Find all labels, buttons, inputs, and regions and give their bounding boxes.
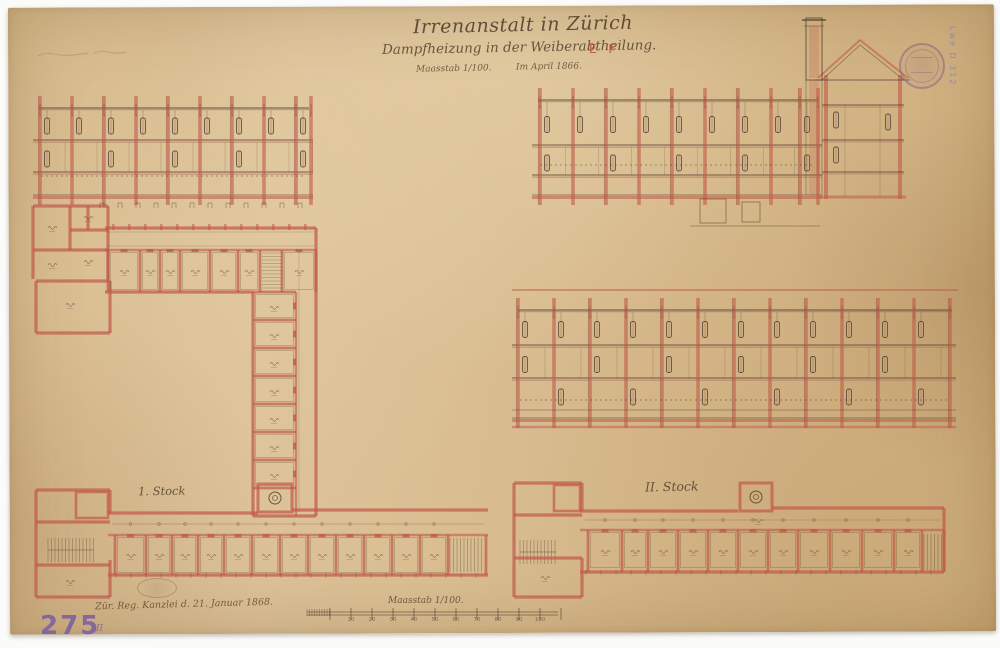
scale-note: Maasstab 1/100. xyxy=(416,63,492,74)
archive-number: 275 xyxy=(40,611,100,641)
scale-tick-label: 20 xyxy=(369,617,376,623)
scanned-plan-sheet: Irrenanstalt in Zürich Dampfheizung in d… xyxy=(0,0,1000,648)
scale-tick-label: 10 xyxy=(348,617,355,623)
embossed-seal xyxy=(137,578,177,598)
scale-bar-label: Maasstab 1/100. xyxy=(388,596,464,606)
scale-tick-label: 80 xyxy=(495,617,502,623)
scale-bar-tick-labels: 102030405060708090100 xyxy=(305,617,565,627)
scale-tick-label: 70 xyxy=(474,617,481,623)
paper-background xyxy=(8,4,996,634)
scale-tick-label: 100 xyxy=(535,617,546,623)
floor-label-first: 1. Stock xyxy=(138,484,186,499)
scale-tick-label: 50 xyxy=(432,617,439,623)
vertical-shelfmark-stamp: Lwe D 312 xyxy=(948,26,957,104)
red-index-mark: E F xyxy=(589,42,619,56)
archive-number-suffix: II xyxy=(96,624,103,634)
scale-tick-label: 60 xyxy=(453,617,460,623)
scale-tick-label: 30 xyxy=(390,617,397,623)
floor-label-second: II. Stock xyxy=(645,479,699,495)
scale-tick-label: 90 xyxy=(516,617,523,623)
round-archive-stamp-icon xyxy=(899,43,945,89)
date-note: Im April 1866. xyxy=(516,61,582,72)
stamp-inner-lines xyxy=(911,57,933,73)
scale-tick-label: 40 xyxy=(411,617,418,623)
